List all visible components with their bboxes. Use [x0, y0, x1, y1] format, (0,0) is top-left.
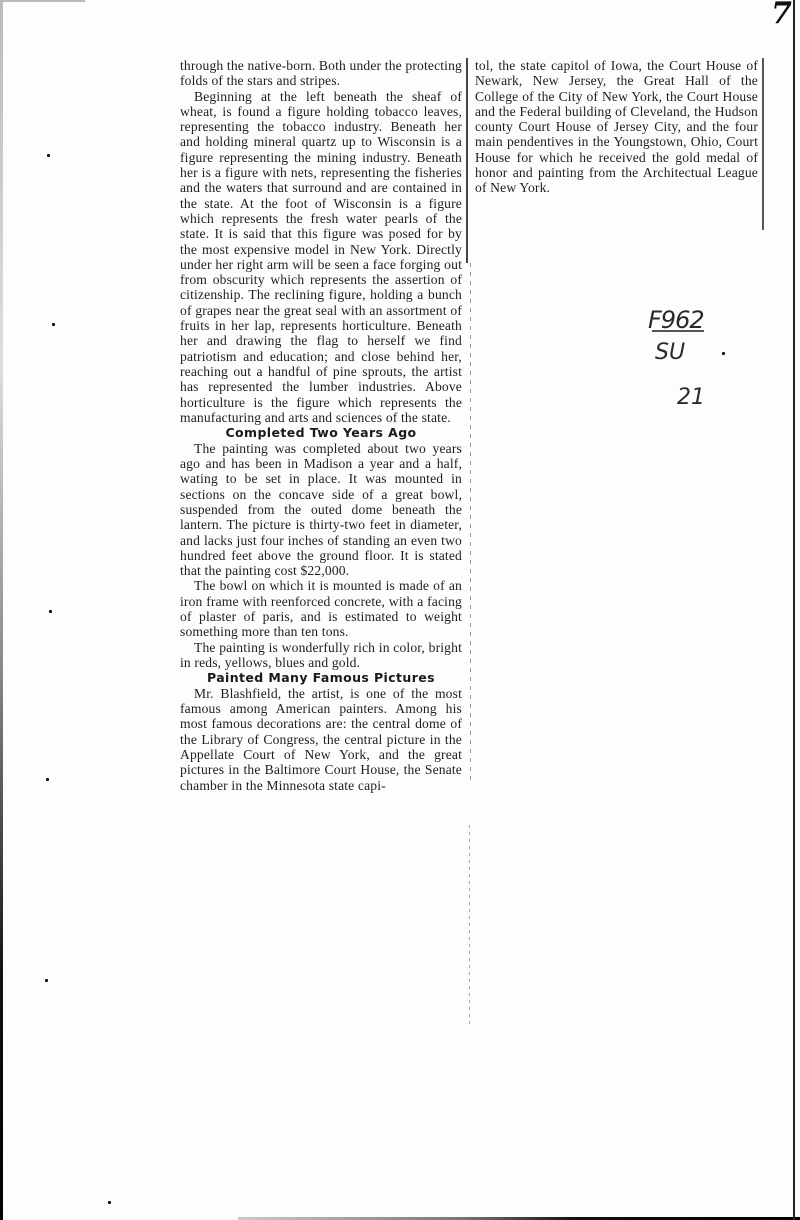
handwritten-annotation: SU: [655, 340, 685, 365]
article-paragraph: Mr. Blashfield, the artist, is one of th…: [180, 686, 462, 793]
scan-speck: [46, 778, 49, 781]
scan-speck: [52, 323, 55, 326]
scan-speck: [47, 154, 50, 157]
article-paragraph: The painting is wonderfully rich in colo…: [180, 640, 462, 671]
section-subheading: Completed Two Years Ago: [180, 425, 462, 441]
article-paragraph: Beginning at the left beneath the sheaf …: [180, 89, 462, 426]
column-divider: [469, 825, 470, 1025]
scan-speck: [45, 979, 48, 982]
scan-edge-top: [0, 0, 85, 2]
clipping-right-border: [762, 58, 764, 230]
scan-edge-left: [0, 0, 3, 1220]
scan-speck: [49, 610, 52, 613]
scanned-newspaper-page: 7 through the native-born. Both under th…: [0, 0, 800, 1220]
scan-speck: [108, 1201, 111, 1204]
article-paragraph: tol, the state capitol of Iowa, the Cour…: [475, 58, 758, 196]
article-paragraph: through the native-born. Both under the …: [180, 58, 462, 89]
scan-speck: [722, 352, 725, 355]
column-divider: [466, 58, 468, 263]
section-subheading: Painted Many Famous Pictures: [180, 670, 462, 686]
article-column-right: tol, the state capitol of Iowa, the Cour…: [475, 58, 758, 196]
column-divider: [470, 263, 471, 783]
page-right-border: [793, 0, 795, 1220]
handwritten-annotation: 21: [677, 385, 705, 410]
article-paragraph: The bowl on which it is mounted is made …: [180, 578, 462, 639]
page-number: 7: [771, 0, 792, 31]
handwritten-annotation: F962: [648, 306, 704, 334]
article-column-left: through the native-born. Both under the …: [180, 58, 462, 793]
article-paragraph: The painting was completed about two yea…: [180, 441, 462, 579]
